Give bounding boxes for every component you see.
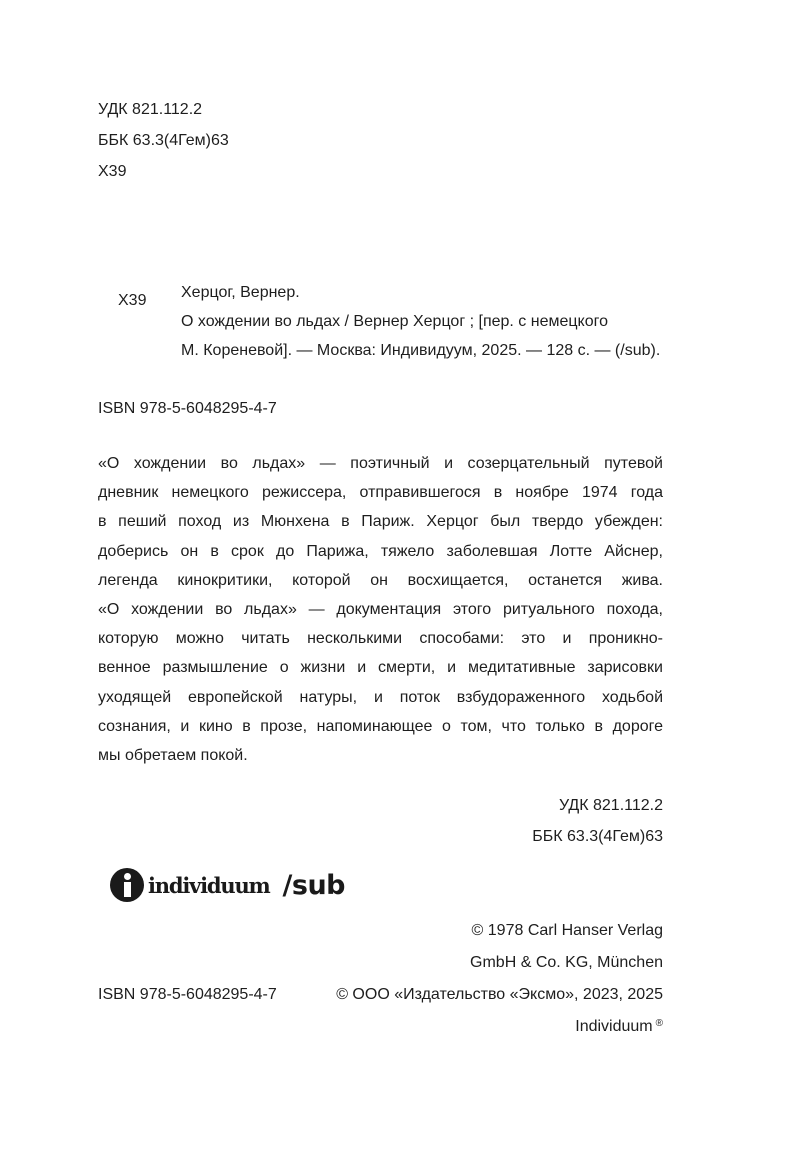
registered-mark: ® [656, 1018, 663, 1029]
annotation-line: мы обретаем покой. [98, 741, 663, 770]
catalog-card-description: Херцог, Вернер. О хождении во льдах / Ве… [181, 284, 660, 371]
catalog-line: О хождении во льдах / Вернер Херцог ; [п… [181, 313, 660, 342]
annotation-line: венное размышление о жизни и смерти, и м… [98, 653, 663, 682]
classification-codes-bottom: УДК 821.112.2 ББК 63.3(4Гем)63 [532, 797, 663, 859]
author-mark: Х39 [98, 163, 229, 194]
copyright-block: © 1978 Carl Hanser Verlag GmbH & Co. KG,… [336, 922, 663, 1050]
bbk-code: ББК 63.3(4Гем)63 [98, 132, 229, 163]
logo-wordmark: individuum [148, 873, 270, 898]
isbn-bottom: ISBN 978-5-6048295-4-7 [98, 986, 277, 1004]
copyright-line: GmbH & Co. KG, München [336, 954, 663, 986]
annotation-line: сознания, и кино в прозе, напоминающее о… [98, 712, 663, 741]
catalog-card-author-mark: Х39 [118, 292, 146, 310]
udk-code: УДК 821.112.2 [532, 797, 663, 828]
catalog-line: М. Кореневой]. — Москва: Индивидуум, 202… [181, 342, 660, 371]
publisher-logo: individuum /sub [110, 866, 345, 904]
annotation-line: дневник немецкого режиссера, отправившег… [98, 478, 663, 507]
classification-codes-top: УДК 821.112.2 ББК 63.3(4Гем)63 Х39 [98, 101, 229, 194]
info-circle-icon [110, 868, 144, 902]
udk-code: УДК 821.112.2 [98, 101, 229, 132]
annotation-line: которую можно читать несколькими способа… [98, 624, 663, 653]
copyright-line: © 1978 Carl Hanser Verlag [336, 922, 663, 954]
isbn-top: ISBN 978-5-6048295-4-7 [98, 400, 277, 418]
publisher-name: Individuum [575, 1018, 652, 1035]
copyright-line-publisher: Individuum® [336, 1018, 663, 1050]
logo-imprint: /sub [283, 870, 345, 901]
annotation-line: в пеший поход из Мюнхена в Париж. Херцог… [98, 507, 663, 536]
annotation-line: уходящей европейской натуры, и поток взб… [98, 683, 663, 712]
copyright-line: © ООО «Издательство «Эксмо», 2023, 2025 [336, 986, 663, 1018]
annotation-line: «О хождении во льдах» — поэтичный и созе… [98, 449, 663, 478]
annotation-line: «О хождении во льдах» — документация это… [98, 595, 663, 624]
annotation-line: легенда кинокритики, которой он восхищае… [98, 566, 663, 595]
annotation-line: доберись он в срок до Парижа, тяжело заб… [98, 537, 663, 566]
annotation-paragraph: «О хождении во льдах» — поэтичный и созе… [98, 449, 663, 770]
bbk-code: ББК 63.3(4Гем)63 [532, 828, 663, 859]
catalog-line: Херцог, Вернер. [181, 284, 660, 313]
